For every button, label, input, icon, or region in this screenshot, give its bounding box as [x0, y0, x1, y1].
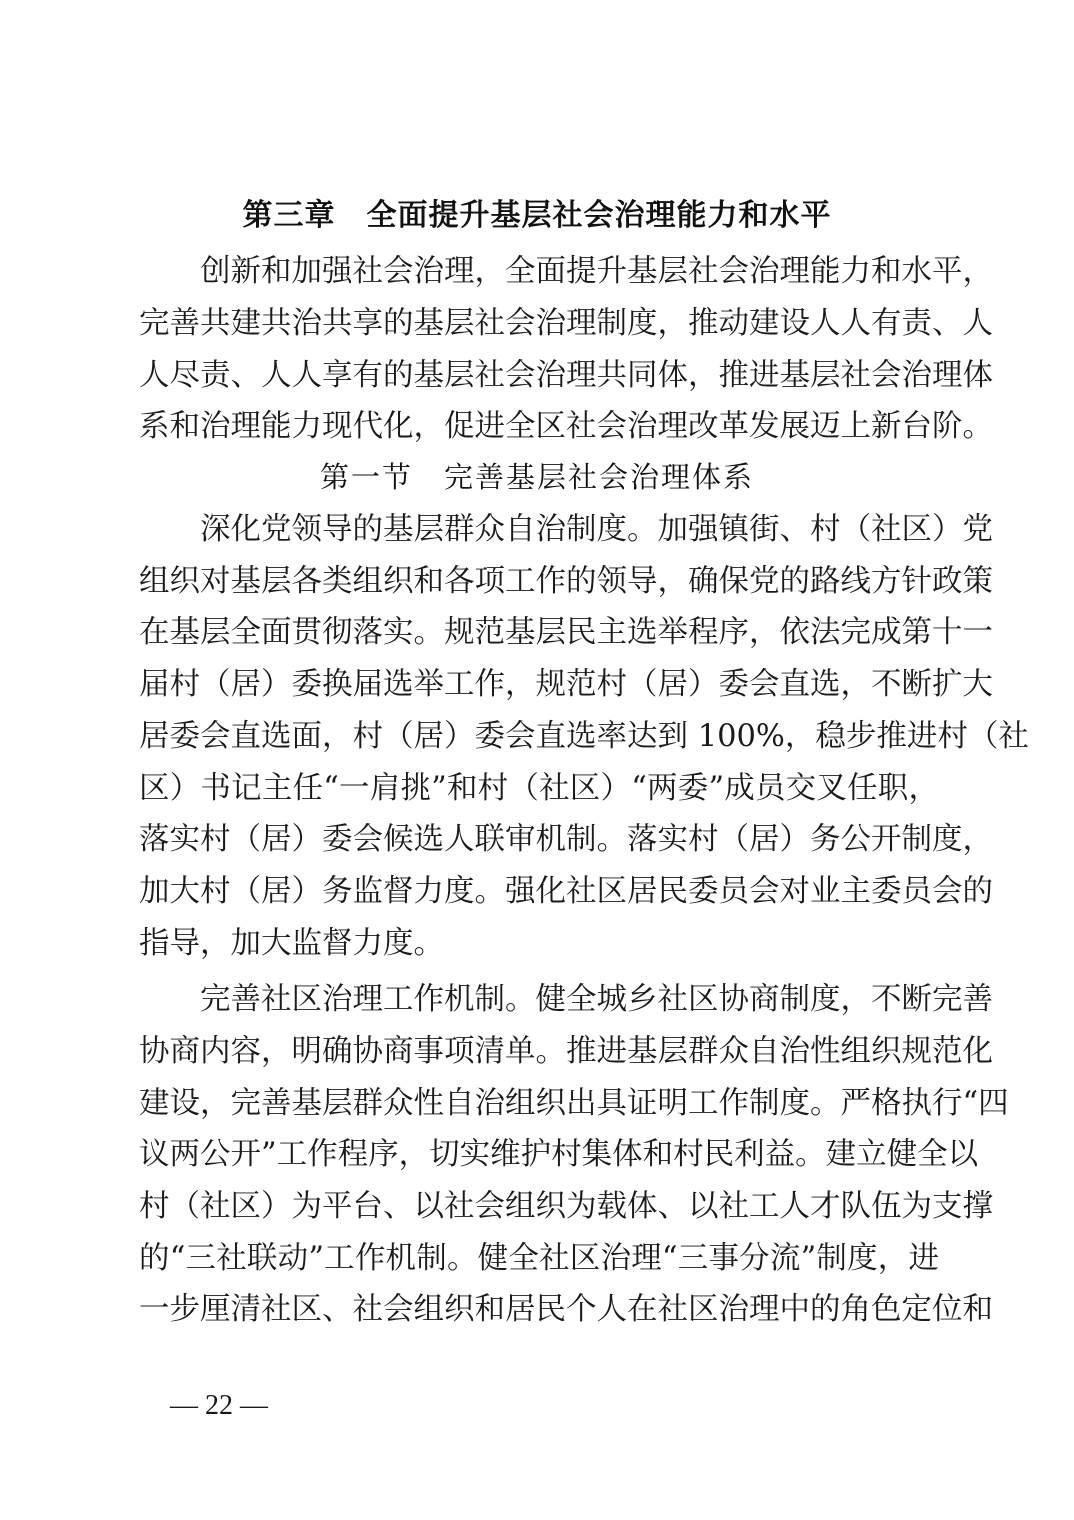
paragraph-line: 一步厘清社区、社会组织和居民个人在社区治理中的角色定位和 — [139, 1290, 939, 1330]
intro-line: 创新和加强社会治理，全面提升基层社会治理能力和水平， — [200, 252, 939, 292]
paragraph-line: 的“三社联动”工作机制。健全社区治理“三事分流”制度，进 — [139, 1239, 939, 1279]
paragraph-line: 完善社区治理工作机制。健全城乡社区协商制度，不断完善 — [200, 980, 939, 1020]
chapter-title: 第三章 全面提升基层社会治理能力和水平 — [0, 196, 1074, 236]
paragraph-line: 指导，加大监督力度。 — [139, 924, 939, 964]
intro-line: 完善共建共治共享的基层社会治理制度，推动建设人人有责、人 — [139, 304, 939, 344]
paragraph-line: 居委会直选面，村（居）委会直选率达到 100%，稳步推进村（社 — [139, 717, 939, 757]
paragraph-line: 届村（居）委换届选举工作，规范村（居）委会直选，不断扩大 — [139, 665, 939, 705]
intro-line: 系和治理能力现代化，促进全区社会治理改革发展迈上新台阶。 — [139, 407, 939, 447]
paragraph-line: 议两公开”工作程序，切实维护村集体和村民利益。建立健全以 — [139, 1135, 939, 1175]
intro-line: 人尽责、人人享有的基层社会治理共同体，推进基层社会治理体 — [139, 356, 939, 396]
paragraph-line: 加大村（居）务监督力度。强化社区居民委员会对业主委员会的 — [139, 872, 939, 912]
document-page: 第三章 全面提升基层社会治理能力和水平 创新和加强社会治理，全面提升基层社会治理… — [0, 0, 1074, 1520]
section-title: 第一节 完善基层社会治理体系 — [0, 457, 1074, 497]
paragraph-line: 深化党领导的基层群众自治制度。加强镇街、村（社区）党 — [200, 510, 939, 550]
paragraph-line: 协商内容，明确协商事项清单。推进基层群众自治性组织规范化 — [139, 1032, 939, 1072]
page-number: — 22 — — [170, 1388, 268, 1424]
paragraph-line: 区）书记主任“一肩挑”和村（社区）“两委”成员交叉任职， — [139, 769, 939, 809]
paragraph-line: 村（社区）为平台、以社会组织为载体、以社工人才队伍为支撑 — [139, 1187, 939, 1227]
paragraph-line: 落实村（居）委会候选人联审机制。落实村（居）务公开制度， — [139, 820, 939, 860]
paragraph-line: 在基层全面贯彻落实。规范基层民主选举程序，依法完成第十一 — [139, 613, 939, 653]
paragraph-line: 建设，完善基层群众性自治组织出具证明工作制度。严格执行“四 — [139, 1084, 939, 1124]
paragraph-line: 组织对基层各类组织和各项工作的领导，确保党的路线方针政策 — [139, 562, 939, 602]
